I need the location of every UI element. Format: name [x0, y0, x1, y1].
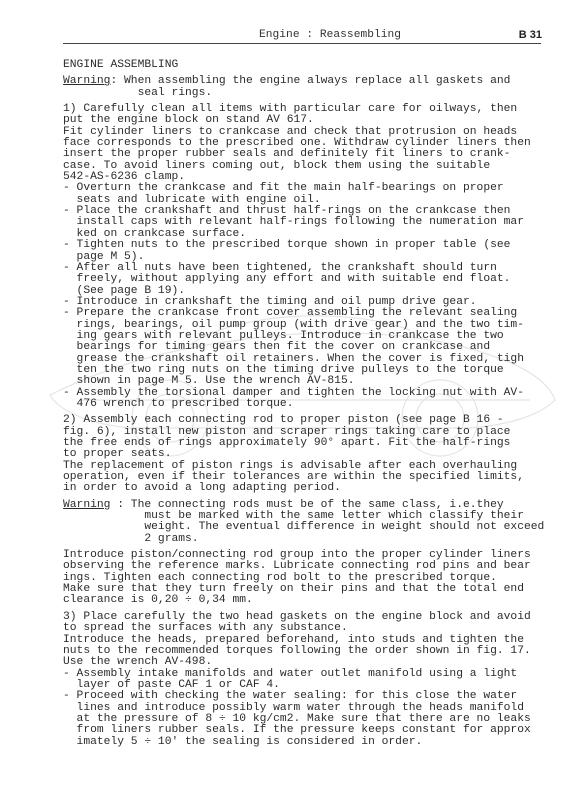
warning-block-1: Warning: When assembling the engine alwa…	[63, 76, 563, 99]
list-item-line: imately 5 ÷ 10' the sealing is considere…	[63, 737, 563, 748]
text-line: clearance is 0,20 ÷ 0,34 mm.	[63, 595, 563, 606]
list-item: - Tighten nuts to the prescribed torque …	[63, 240, 563, 263]
section-title: ENGINE ASSEMBLING	[63, 60, 563, 71]
list-item-line: freely, without applying any effort and …	[63, 274, 563, 285]
step-3: 3) Place carefully the two head gaskets …	[63, 612, 563, 748]
text-line: to spread the surfaces with any substanc…	[63, 623, 563, 634]
list-item-line: - Prepare the crankcase front cover asse…	[63, 308, 563, 319]
step-2: 2) Assembly each connecting rod to prope…	[63, 415, 563, 494]
list-item: - Assembly intake manifolds and water ou…	[63, 669, 563, 692]
list-item-line: - Tighten nuts to the prescribed torque …	[63, 240, 563, 251]
header-title: Engine : Reassembling	[259, 29, 401, 41]
list-item: - After all nuts have been tightened, th…	[63, 263, 563, 297]
list-item-line: - Proceed with checking the water sealin…	[63, 691, 563, 702]
text-line: in order to avoid a long adapting period…	[63, 483, 563, 494]
list-item: - Overturn the crankcase and fit the mai…	[63, 183, 563, 206]
warning-label: Warning	[63, 499, 110, 511]
list-item-line: from liners rubber seals. If the pressur…	[63, 725, 563, 736]
list-item-line: shown in page M 5. Use the wrench AV-815…	[63, 376, 563, 387]
document-body: ENGINE ASSEMBLING Warning: When assembli…	[63, 60, 563, 748]
page-number: B 31	[519, 29, 542, 41]
list-item-line: bearings for timing gears then fit the c…	[63, 342, 563, 353]
warning-block-2: Warning : The connecting rods must be of…	[63, 500, 563, 545]
list-item: - Prepare the crankcase front cover asse…	[63, 308, 563, 387]
list-item-line: 476 wrench to prescribed torque.	[63, 399, 563, 410]
page-header: Engine : Reassembling B 31	[63, 29, 541, 44]
list-item: - Proceed with checking the water sealin…	[63, 691, 563, 748]
text-line: 2) Assembly each connecting rod to prope…	[63, 415, 563, 426]
text-line: to proper seats.	[63, 449, 563, 460]
text-line: Use the wrench AV-498.	[63, 657, 563, 668]
list-item: - Place the crankshaft and thrust half-r…	[63, 206, 563, 240]
warning-label: Warning	[63, 75, 110, 87]
list-item: - Assembly the torsional damper and tigh…	[63, 388, 563, 411]
step-2-continued: Introduce piston/connecting rod group in…	[63, 550, 563, 607]
step-1: 1) Carefully clean all items with partic…	[63, 104, 563, 410]
